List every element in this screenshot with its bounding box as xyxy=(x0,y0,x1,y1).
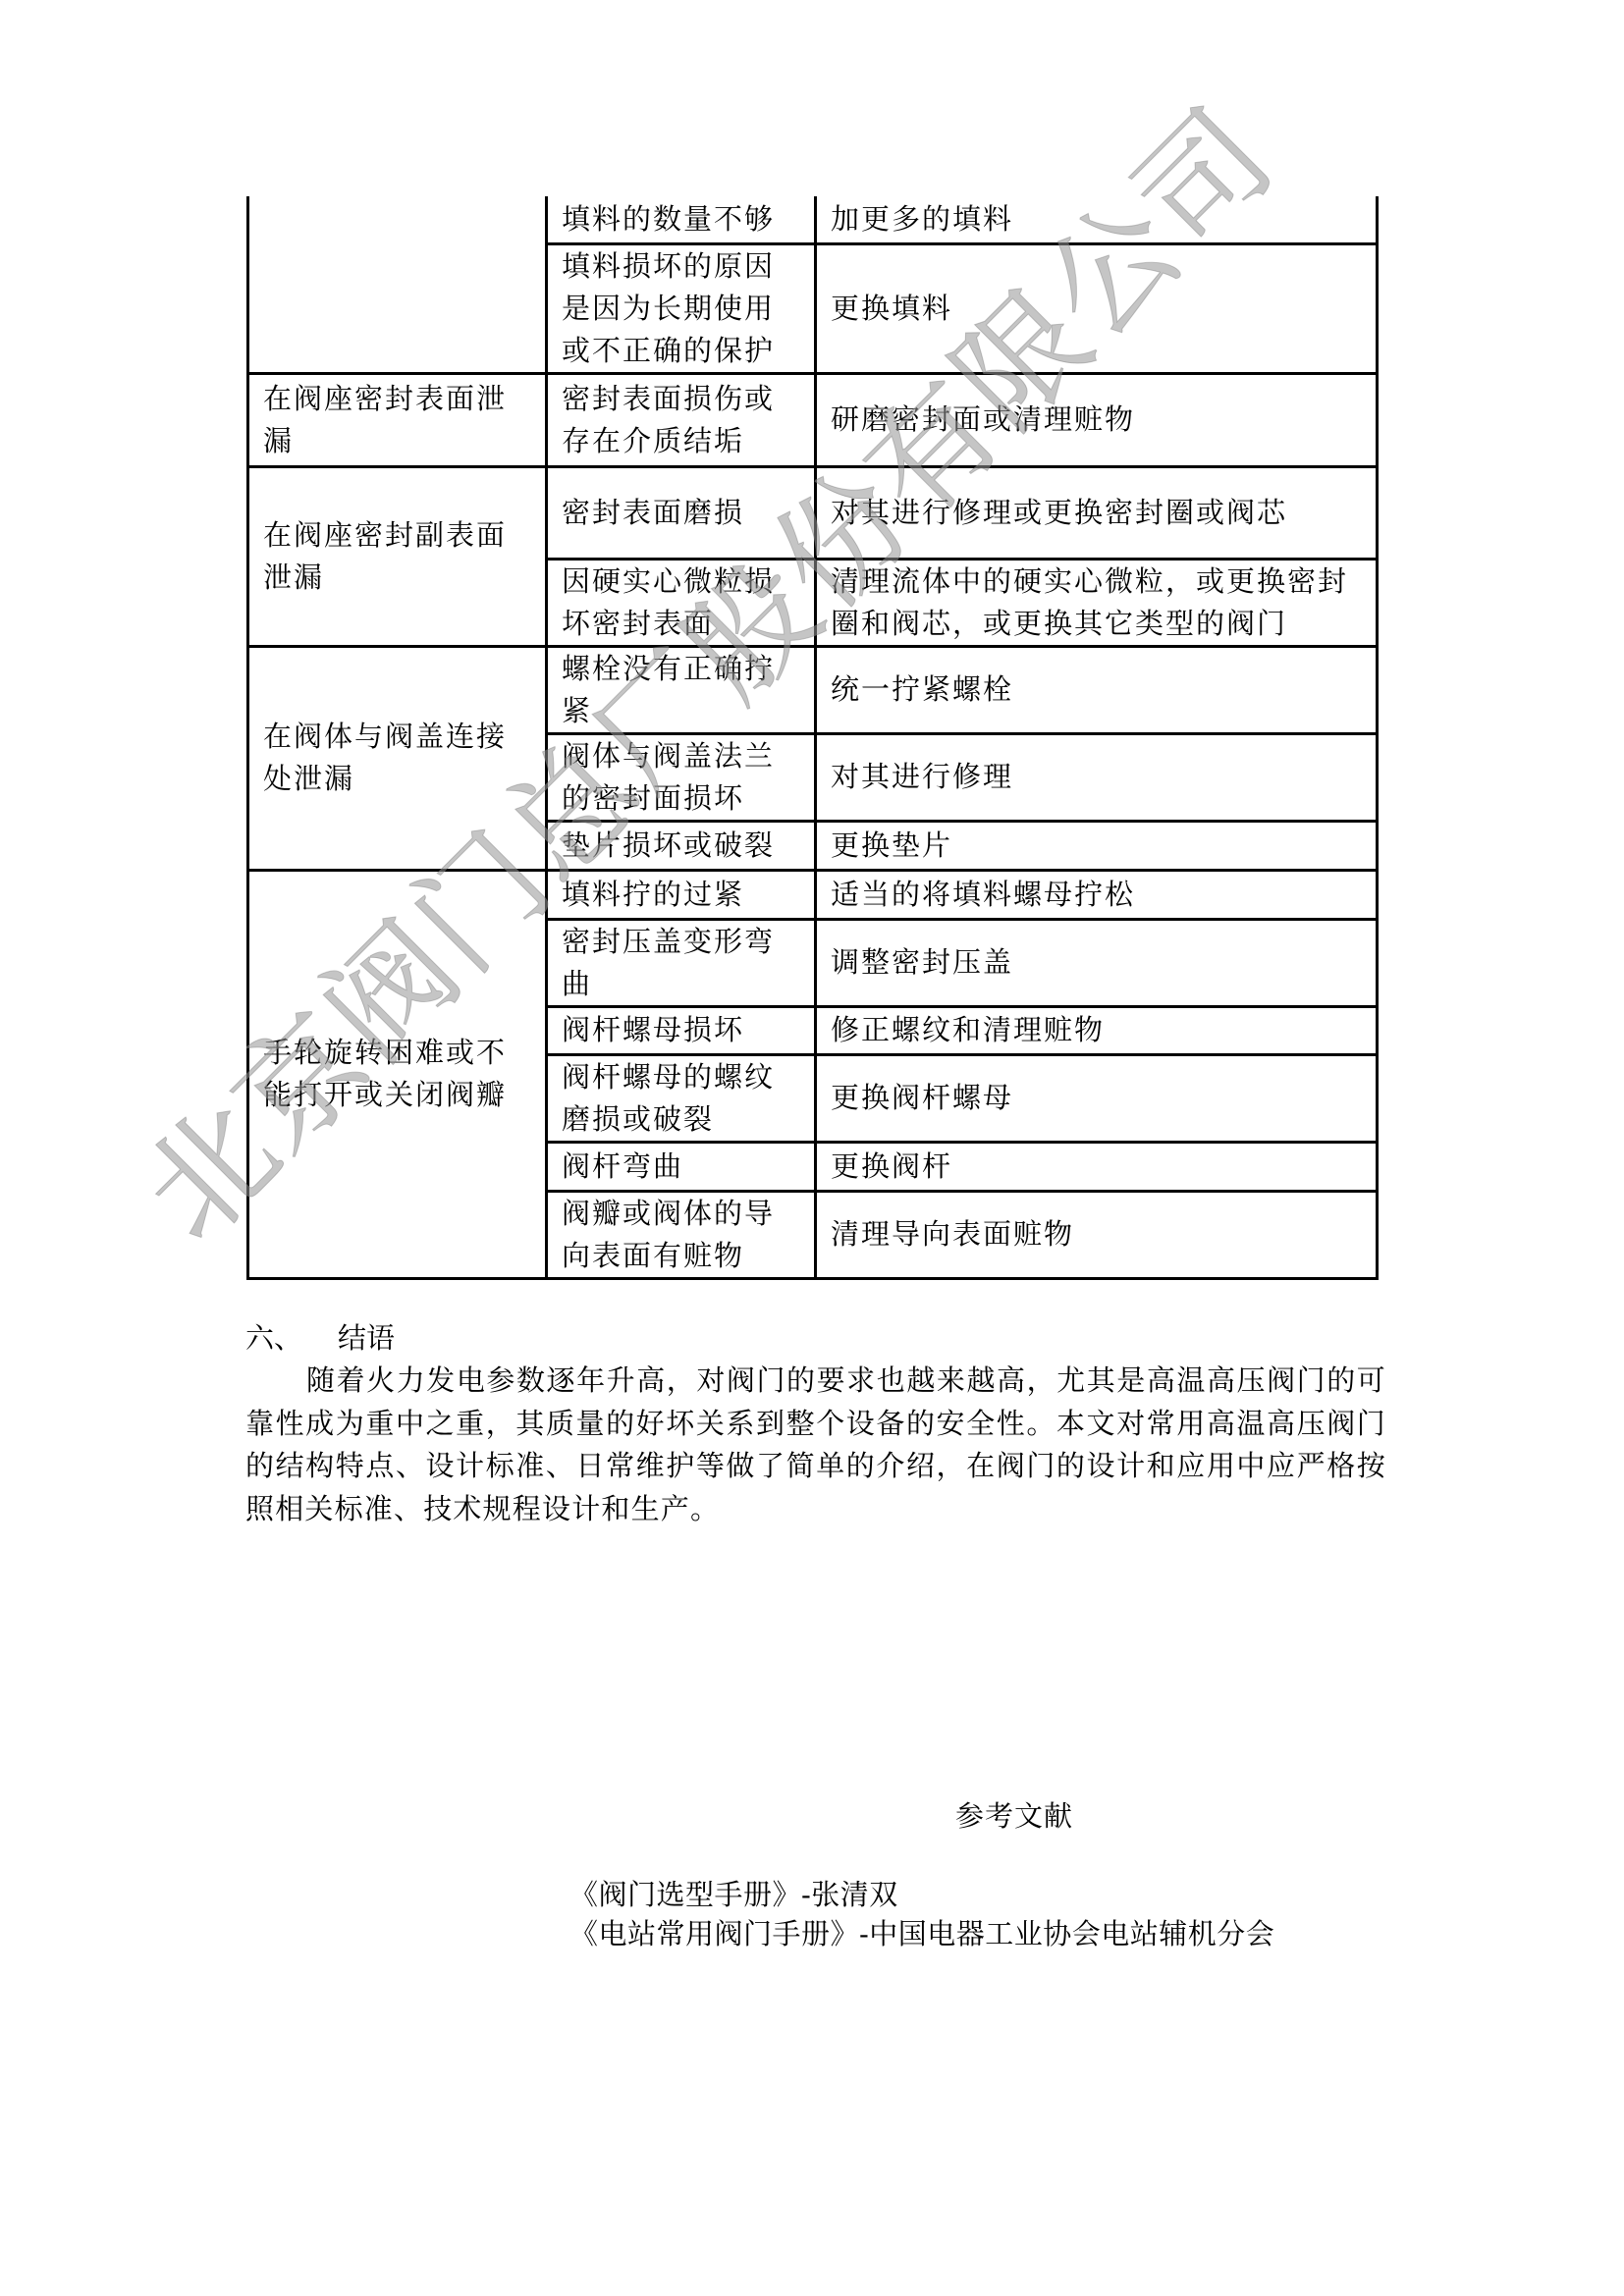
conclusion-paragraph: 随着火力发电参数逐年升高，对阀门的要求也越来越高，尤其是高温高压阀门的可靠性成为… xyxy=(245,1360,1386,1530)
remedy-cell: 更换阀杆 xyxy=(816,1142,1378,1191)
table-row: 在阀体与阀盖连接处泄漏 螺栓没有正确拧紧 统一拧紧螺栓 xyxy=(248,646,1378,733)
remedy-cell: 适当的将填料螺母拧松 xyxy=(816,870,1378,919)
cause-cell: 阀杆螺母的螺纹磨损或破裂 xyxy=(547,1054,816,1142)
remedy-cell: 研磨密封面或清理赃物 xyxy=(816,373,1378,466)
cause-cell: 阀体与阀盖法兰的密封面损坏 xyxy=(547,733,816,821)
reference-item: 《阀门选型手册》-张清双 xyxy=(569,1875,1274,1914)
cause-cell: 阀杆弯曲 xyxy=(547,1142,816,1191)
remedy-cell: 对其进行修理 xyxy=(816,733,1378,821)
document-page: 填料的数量不够 加更多的填料 填料损坏的原因是因为长期使用或不正确的保护 更换填… xyxy=(0,0,1624,2296)
phenomenon-cell: 手轮旋转困难或不能打开或关闭阀瓣 xyxy=(248,870,547,1278)
section-title: 结语 xyxy=(338,1321,395,1355)
cause-cell: 密封表面磨损 xyxy=(547,466,816,559)
cause-cell: 阀瓣或阀体的导向表面有赃物 xyxy=(547,1191,816,1278)
cause-cell: 密封压盖变形弯曲 xyxy=(547,919,816,1006)
remedy-cell: 加更多的填料 xyxy=(816,196,1378,243)
phenomenon-cell xyxy=(248,196,547,373)
remedy-cell: 统一拧紧螺栓 xyxy=(816,646,1378,733)
section-number: 六、 xyxy=(245,1321,302,1355)
cause-cell: 垫片损坏或破裂 xyxy=(547,821,816,870)
table-row: 在阀座密封副表面泄漏 密封表面磨损 对其进行修理或更换密封圈或阀芯 xyxy=(248,466,1378,559)
remedy-cell: 调整密封压盖 xyxy=(816,919,1378,1006)
cause-cell: 填料损坏的原因是因为长期使用或不正确的保护 xyxy=(547,243,816,373)
remedy-cell: 更换阀杆螺母 xyxy=(816,1054,1378,1142)
cause-cell: 因硬实心微粒损坏密封表面 xyxy=(547,559,816,646)
troubleshooting-table: 填料的数量不够 加更多的填料 填料损坏的原因是因为长期使用或不正确的保护 更换填… xyxy=(246,196,1379,1280)
section-heading: 六、结语 xyxy=(245,1317,395,1360)
reference-item: 《电站常用阀门手册》-中国电器工业协会电站辅机分会 xyxy=(569,1914,1274,1953)
remedy-cell: 修正螺纹和清理赃物 xyxy=(816,1006,1378,1054)
references-title: 参考文献 xyxy=(955,1796,1073,1836)
references-list: 《阀门选型手册》-张清双 《电站常用阀门手册》-中国电器工业协会电站辅机分会 xyxy=(569,1875,1274,1953)
cause-cell: 螺栓没有正确拧紧 xyxy=(547,646,816,733)
remedy-cell: 更换填料 xyxy=(816,243,1378,373)
table-row: 填料的数量不够 加更多的填料 xyxy=(248,196,1378,243)
phenomenon-cell: 在阀座密封表面泄漏 xyxy=(248,373,547,466)
table-row: 在阀座密封表面泄漏 密封表面损伤或存在介质结垢 研磨密封面或清理赃物 xyxy=(248,373,1378,466)
cause-cell: 填料的数量不够 xyxy=(547,196,816,243)
table-row: 手轮旋转困难或不能打开或关闭阀瓣 填料拧的过紧 适当的将填料螺母拧松 xyxy=(248,870,1378,919)
cause-cell: 密封表面损伤或存在介质结垢 xyxy=(547,373,816,466)
remedy-cell: 对其进行修理或更换密封圈或阀芯 xyxy=(816,466,1378,559)
remedy-cell: 清理导向表面赃物 xyxy=(816,1191,1378,1278)
phenomenon-cell: 在阀体与阀盖连接处泄漏 xyxy=(248,646,547,870)
cause-cell: 填料拧的过紧 xyxy=(547,870,816,919)
remedy-cell: 清理流体中的硬实心微粒，或更换密封圈和阀芯，或更换其它类型的阀门 xyxy=(816,559,1378,646)
phenomenon-cell: 在阀座密封副表面泄漏 xyxy=(248,466,547,646)
cause-cell: 阀杆螺母损坏 xyxy=(547,1006,816,1054)
remedy-cell: 更换垫片 xyxy=(816,821,1378,870)
